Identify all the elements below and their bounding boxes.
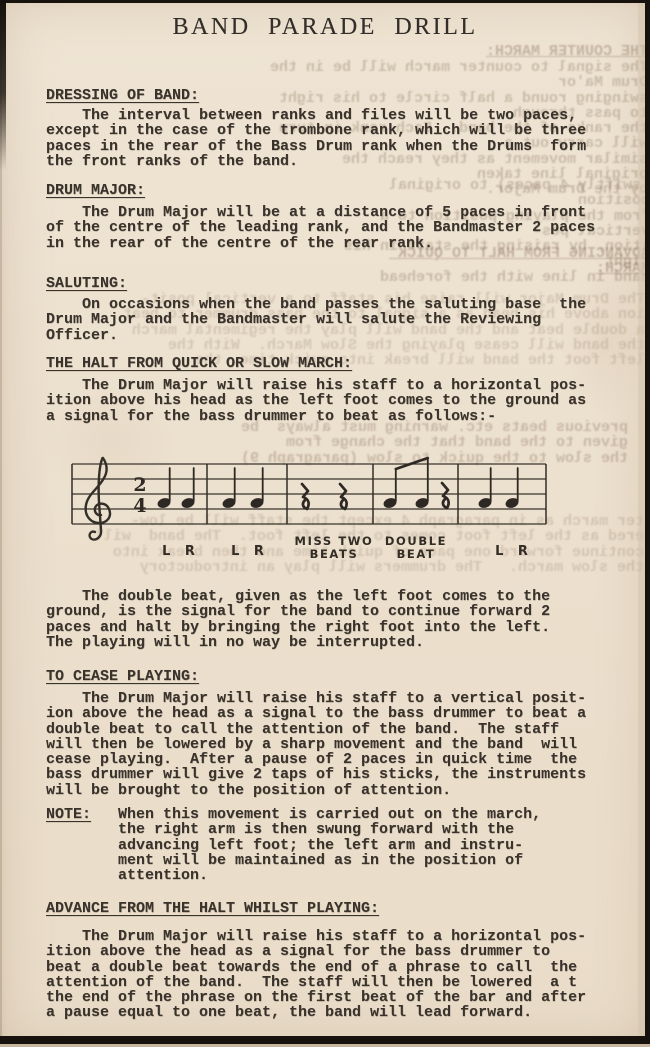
drum-beat-notation-figure: 2 4 — [64, 452, 564, 574]
double-beat-eighth-notes — [382, 458, 448, 510]
paragraph-drum-major: The Drum Major will be at a distance of … — [46, 205, 606, 251]
quarter-note-pair-measure-2 — [221, 468, 264, 510]
measure-label-left-right-2: L R — [231, 544, 269, 559]
note-label: NOTE: — [46, 807, 106, 822]
treble-clef-icon — [86, 458, 110, 540]
heading-to-cease-playing: TO CEASE PLAYING: — [46, 669, 646, 684]
measure-label-beat: BEAT — [397, 547, 436, 561]
page-title: BAND PARADE DRILL — [0, 14, 650, 41]
heading-drum-major: DRUM MAJOR: — [46, 183, 646, 198]
scan-edge-shadow — [638, 0, 645, 1047]
heading-dressing-of-band: DRESSING OF BAND: — [46, 88, 646, 103]
scan-border-left — [0, 0, 6, 170]
measure-label-left-right-1: L R — [162, 544, 200, 559]
paragraph-to-cease-playing: The Drum Major will raise his staff to a… — [46, 691, 606, 798]
scan-border-top — [0, 0, 650, 3]
scan-border-bottom — [0, 1036, 650, 1044]
bleed-through-heading: THE COUNTER MARCH: — [448, 44, 648, 59]
quarter-note-pair-measure-1 — [156, 468, 195, 510]
paragraph-saluting: On occasions when the band passes the sa… — [46, 297, 606, 343]
scan-border-right — [645, 0, 650, 1047]
scanned-page: THE COUNTER MARCH: The signal to counter… — [0, 0, 650, 1047]
time-signature-top: 2 — [133, 474, 146, 496]
paragraph-dressing-of-band: The interval between ranks and files wil… — [46, 108, 606, 169]
heading-halt-from-quick-or-slow-march: THE HALT FROM QUICK OR SLOW MARCH: — [46, 356, 646, 371]
paragraph-halt-from-quick-or-slow-march: The Drum Major will raise his staff to a… — [46, 378, 606, 424]
quarter-note-pair-measure-5 — [477, 468, 519, 510]
heading-saluting: SALUTING: — [46, 276, 646, 291]
measure-label-left-right-3: L R — [495, 544, 533, 559]
paragraph-advance-from-halt: The Drum Major will raise his staff to a… — [46, 929, 606, 1021]
time-signature-bottom: 4 — [133, 495, 146, 517]
measure-label-beats: BEATS — [310, 547, 359, 561]
measure-label-double: DOUBLE — [385, 534, 447, 548]
heading-advance-from-halt: ADVANCE FROM THE HALT WHILST PLAYING: — [46, 901, 646, 916]
note-body: When this movement is carried out on the… — [118, 807, 588, 883]
quarter-rest-pair — [302, 484, 347, 509]
measure-label-miss-two: MISS TWO — [295, 534, 374, 548]
paragraph-double-beat: The double beat, given as the left foot … — [46, 589, 606, 650]
